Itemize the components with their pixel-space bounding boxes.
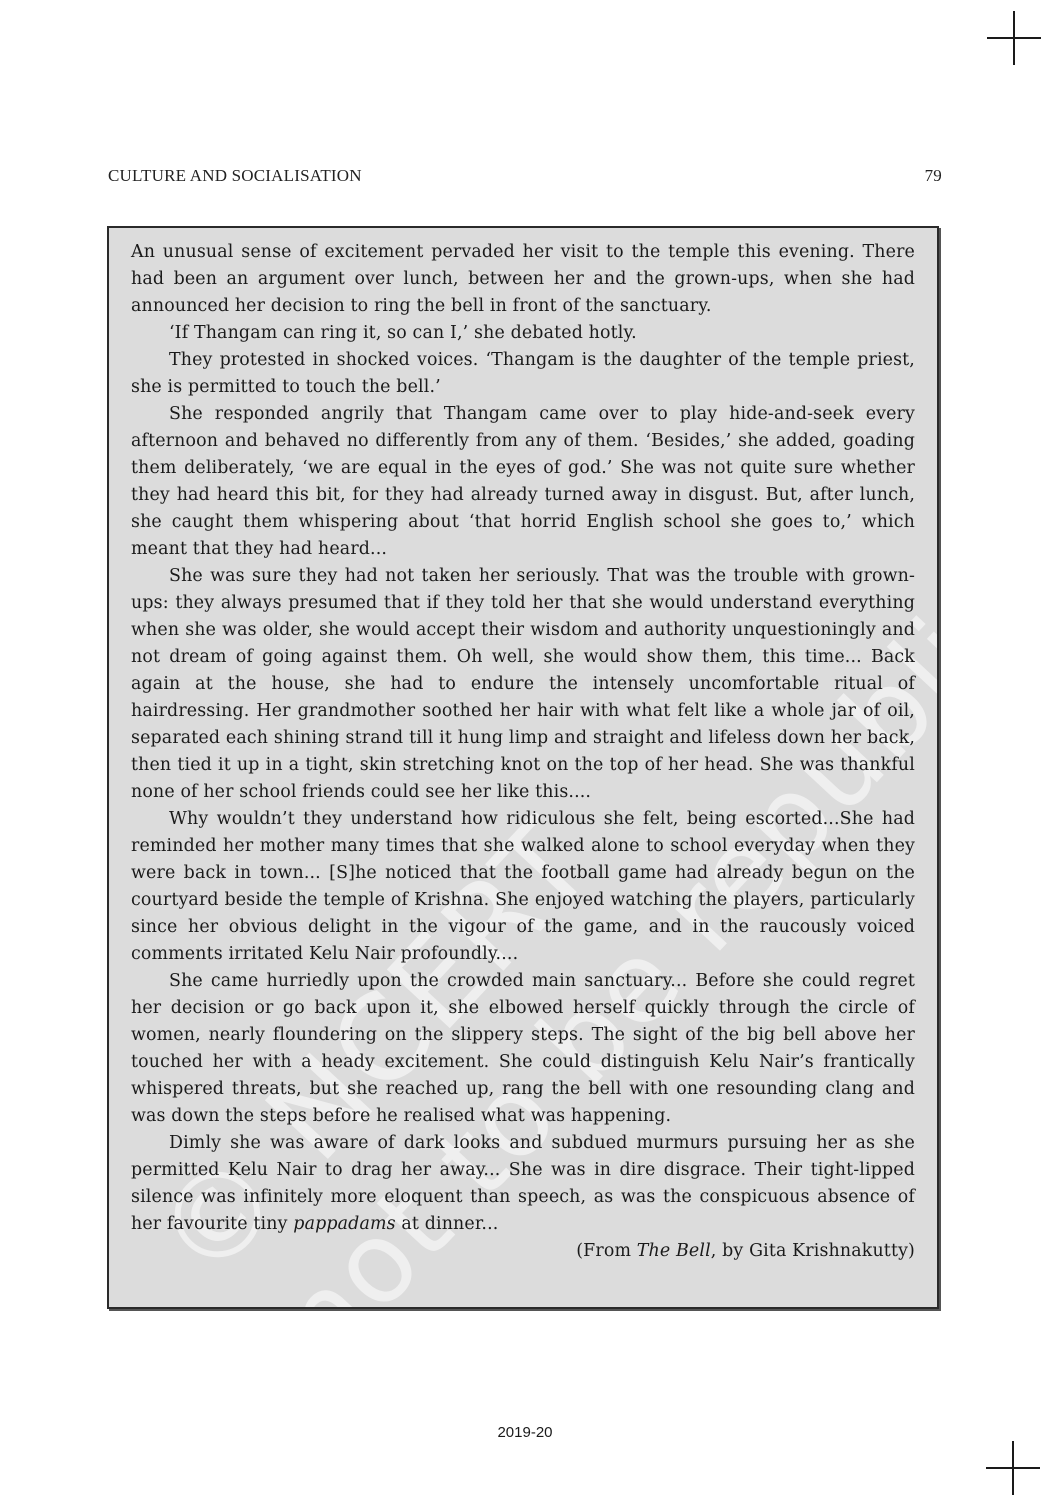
excerpt-paragraph: An unusual sense of excitement pervaded … <box>131 239 915 320</box>
excerpt-paragraph: She was sure they had not taken her seri… <box>131 563 915 806</box>
page-number: 79 <box>925 166 942 186</box>
last-paragraph-tail: at dinner... <box>396 1214 499 1234</box>
running-title: CULTURE AND SOCIALISATION <box>108 166 362 186</box>
excerpt-paragraph: ‘If Thangam can ring it, so can I,’ she … <box>131 320 915 347</box>
citation-close: , by Gita Krishnakutty) <box>711 1241 915 1261</box>
excerpt-paragraph: Why wouldn’t they understand how ridicul… <box>131 806 915 968</box>
last-paragraph-text: Dimly she was aware of dark looks and su… <box>131 1133 915 1234</box>
running-header: CULTURE AND SOCIALISATION 79 <box>108 166 942 186</box>
citation-title: The Bell <box>637 1241 711 1261</box>
excerpt-box: © NCERT not to be republished An unusual… <box>107 226 939 1309</box>
footer-year: 2019-20 <box>0 1424 1050 1441</box>
excerpt-last-paragraph: Dimly she was aware of dark looks and su… <box>131 1130 915 1238</box>
excerpt-paragraph: They protested in shocked voices. ‘Thang… <box>131 347 915 401</box>
italic-term: pappadams <box>293 1214 395 1234</box>
crop-mark-bottom-icon <box>986 1441 1040 1495</box>
excerpt-paragraph: She responded angrily that Thangam came … <box>131 401 915 563</box>
crop-mark-top-icon <box>987 11 1041 65</box>
excerpt-paragraph: She came hurriedly upon the crowded main… <box>131 968 915 1130</box>
citation-open: (From <box>576 1241 637 1261</box>
citation: (From The Bell, by Gita Krishnakutty) <box>131 1238 915 1265</box>
